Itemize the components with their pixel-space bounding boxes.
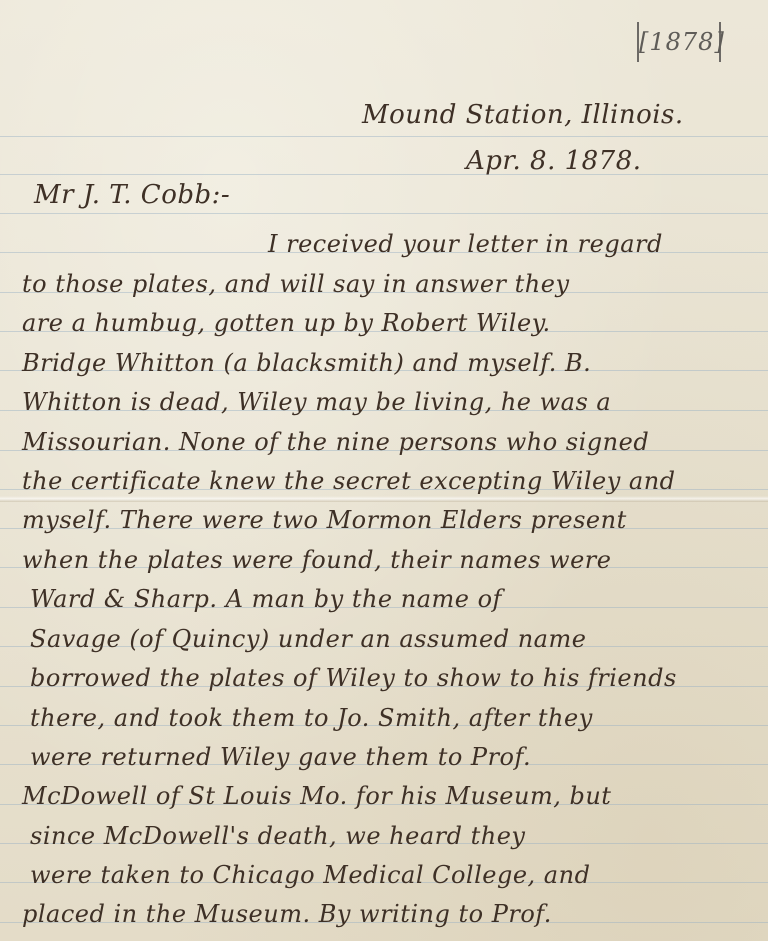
letter-date: Apr. 8. 1878. xyxy=(466,146,642,176)
body-line: Bridge Whitton (a blacksmith) and myself… xyxy=(22,349,591,377)
paper-fold xyxy=(0,496,768,502)
body-line: Whitton is dead, Wiley may be living, he… xyxy=(22,388,611,416)
body-line: since McDowell's death, we heard they xyxy=(30,822,525,850)
body-line: McDowell of St Louis Mo. for his Museum,… xyxy=(22,782,611,810)
body-line: there, and took them to Jo. Smith, after… xyxy=(30,704,593,732)
body-line: were returned Wiley gave them to Prof. xyxy=(30,743,531,771)
body-line: placed in the Museum. By writing to Prof… xyxy=(22,900,552,928)
ruled-line xyxy=(0,174,768,175)
body-line: are a humbug, gotten up by Robert Wiley. xyxy=(22,309,551,337)
ruled-line xyxy=(0,213,768,214)
body-line: I received your letter in regard xyxy=(268,230,663,258)
body-line: Savage (of Quincy) under an assumed name xyxy=(30,625,586,653)
letter-place: Mound Station, Illinois. xyxy=(362,100,684,130)
body-line: myself. There were two Mormon Elders pre… xyxy=(22,506,627,534)
letter-page: [1878] Mound Station, Illinois. Apr. 8. … xyxy=(0,0,768,941)
ruled-line xyxy=(0,136,768,137)
body-line: to those plates, and will say in answer … xyxy=(22,270,570,298)
archive-year-tag: [1878] xyxy=(637,22,721,62)
body-line: the certificate knew the secret exceptin… xyxy=(22,467,676,495)
body-line: Missourian. None of the nine persons who… xyxy=(22,428,649,456)
body-line: borrowed the plates of Wiley to show to … xyxy=(30,664,677,692)
body-line: when the plates were found, their names … xyxy=(22,546,611,574)
body-line: were taken to Chicago Medical College, a… xyxy=(30,861,590,889)
letter-salutation: Mr J. T. Cobb:- xyxy=(34,180,230,210)
body-line: Ward & Sharp. A man by the name of xyxy=(30,585,502,613)
